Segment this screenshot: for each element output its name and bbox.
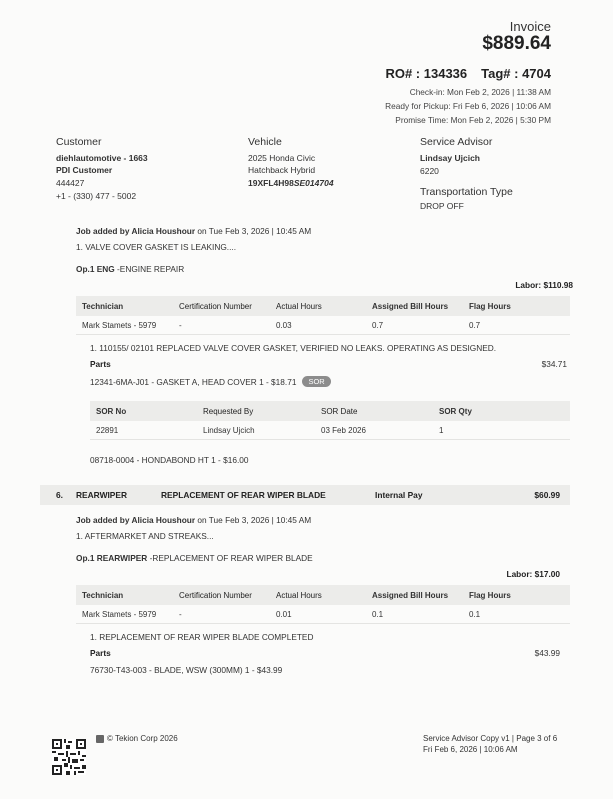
ro-tag-line: RO# : 134336Tag# : 4704 xyxy=(385,66,551,81)
vehicle-model-line2: Hatchback Hybrid xyxy=(248,164,334,176)
advisor-id: 6220 xyxy=(420,165,513,177)
job2-title: REPLACEMENT OF REAR WIPER BLADE xyxy=(161,490,326,500)
col-sor-date: SOR Date xyxy=(321,401,439,421)
sor-requested-by: Lindsay Ujcich xyxy=(203,421,321,440)
job1-added-suffix: on Tue Feb 3, 2026 | 10:45 AM xyxy=(195,226,311,236)
job1-op-code: Op.1 ENG xyxy=(76,264,115,274)
tech-actual: 0.03 xyxy=(276,316,372,335)
customer-type: PDI Customer xyxy=(56,164,148,176)
job1-parts-label: Parts xyxy=(90,359,111,369)
table-row: Mark Stamets - 5979 - 0.03 0.7 0.7 xyxy=(76,316,570,335)
job2-header-bar: 6. REARWIPER REPLACEMENT OF REAR WIPER B… xyxy=(40,485,570,505)
job2-parts-label: Parts xyxy=(90,648,111,658)
col-technician: Technician xyxy=(76,296,179,316)
footer-copy-info: Service Advisor Copy v1 | Page 3 of 6 xyxy=(423,734,557,743)
sor-no: 22891 xyxy=(90,421,203,440)
transport-value: DROP OFF xyxy=(420,200,513,212)
job2-op-code: Op.1 REARWIPER xyxy=(76,553,147,563)
tech-name: Mark Stamets - 5979 xyxy=(76,316,179,335)
job2-op-desc: -REPLACEMENT OF REAR WIPER BLADE xyxy=(147,553,312,563)
footer-printed-time: Fri Feb 6, 2026 | 10:06 AM xyxy=(423,745,518,754)
job1-tech-header-row: Technician Certification Number Actual H… xyxy=(76,296,570,316)
promise-time: Promise Time: Mon Feb 2, 2026 | 5:30 PM xyxy=(395,115,551,125)
advisor-name: Lindsay Ujcich xyxy=(420,152,513,164)
col-bill-hours: Assigned Bill Hours xyxy=(372,296,469,316)
job1-added-prefix: Job added by xyxy=(76,226,131,236)
vin-suffix: SE014704 xyxy=(294,178,334,188)
customer-heading: Customer xyxy=(56,136,148,148)
vehicle-heading: Vehicle xyxy=(248,136,334,148)
col-sor-no: SOR No xyxy=(90,401,203,421)
customer-id: 444427 xyxy=(56,177,148,189)
job1-parts-total: $34.71 xyxy=(542,359,567,369)
col-cert: Certification Number xyxy=(179,585,276,605)
ready-for-pickup-time: Ready for Pickup: Fri Feb 6, 2026 | 10:0… xyxy=(385,101,551,111)
job1-operation: Op.1 ENG -ENGINE REPAIR xyxy=(76,264,184,274)
table-row: 22891 Lindsay Ujcich 03 Feb 2026 1 xyxy=(90,421,570,440)
tech-flag: 0.1 xyxy=(469,605,570,624)
col-cert: Certification Number xyxy=(179,296,276,316)
tag-number: Tag# : 4704 xyxy=(481,66,551,81)
job1-concern: 1. VALVE COVER GASKET IS LEAKING.... xyxy=(76,242,236,252)
col-flag-hours: Flag Hours xyxy=(469,585,570,605)
advisor-heading: Service Advisor xyxy=(420,136,513,148)
vehicle-vin: 19XFL4H98SE014704 xyxy=(248,177,334,189)
advisor-section: Service Advisor Lindsay Ujcich 6220 Tran… xyxy=(420,136,513,212)
sor-header-row: SOR No Requested By SOR Date SOR Qty xyxy=(90,401,570,421)
vin-prefix: 19XFL4H98 xyxy=(248,178,294,188)
col-requested-by: Requested By xyxy=(203,401,321,421)
customer-section: Customer diehlautomotive - 1663 PDI Cust… xyxy=(56,136,148,202)
job2-number: 6. xyxy=(56,490,63,500)
col-actual-hours: Actual Hours xyxy=(276,296,372,316)
invoice-label: Invoice xyxy=(510,19,551,34)
customer-phone: +1 - (330) 477 - 5002 xyxy=(56,190,148,202)
job2-parts-total: $43.99 xyxy=(535,648,560,658)
tech-bill: 0.7 xyxy=(372,316,469,335)
job2-added-suffix: on Tue Feb 3, 2026 | 10:45 AM xyxy=(195,515,311,525)
tech-cert: - xyxy=(179,605,276,624)
invoice-total: $889.64 xyxy=(482,33,551,55)
job1-part1: 12341-6MA-J01 - GASKET A, HEAD COVER 1 -… xyxy=(90,376,331,387)
col-flag-hours: Flag Hours xyxy=(469,296,570,316)
job2-tech-header-row: Technician Certification Number Actual H… xyxy=(76,585,570,605)
job1-part1-text: 12341-6MA-J01 - GASKET A, HEAD COVER 1 -… xyxy=(90,377,296,387)
job1-labor-total: Labor: $110.98 xyxy=(515,280,573,290)
job2-amount: $60.99 xyxy=(534,490,560,500)
job2-correction: 1. REPLACEMENT OF REAR WIPER BLADE COMPL… xyxy=(90,632,313,642)
col-bill-hours: Assigned Bill Hours xyxy=(372,585,469,605)
job1-correction: 1. 110155/ 02101 REPLACED VALVE COVER GA… xyxy=(90,343,496,353)
job2-operation: Op.1 REARWIPER -REPLACEMENT OF REAR WIPE… xyxy=(76,553,313,563)
job1-tech-table: Technician Certification Number Actual H… xyxy=(76,296,570,335)
job1-sor-table: SOR No Requested By SOR Date SOR Qty 228… xyxy=(90,401,570,440)
job1-part2: 08718-0004 - HONDABOND HT 1 - $16.00 xyxy=(90,455,248,465)
job2-tech-table: Technician Certification Number Actual H… xyxy=(76,585,570,624)
job2-added-prefix: Job added by xyxy=(76,515,131,525)
job2-concern: 1. AFTERMARKET AND STREAKS... xyxy=(76,531,214,541)
qr-code-icon xyxy=(52,739,86,775)
tech-flag: 0.7 xyxy=(469,316,570,335)
tech-name: Mark Stamets - 5979 xyxy=(76,605,179,624)
sor-badge: SOR xyxy=(302,376,330,387)
job2-pay-type: Internal Pay xyxy=(375,490,422,500)
tech-actual: 0.01 xyxy=(276,605,372,624)
tekion-logo-icon xyxy=(96,735,104,743)
job2-part1: 76730-T43-003 - BLADE, WSW (300MM) 1 - $… xyxy=(90,665,282,675)
col-technician: Technician xyxy=(76,585,179,605)
job1-added-by: Job added by Alicia Houshour on Tue Feb … xyxy=(76,226,311,236)
footer-copyright: © Tekion Corp 2026 xyxy=(107,734,178,743)
vehicle-section: Vehicle 2025 Honda Civic Hatchback Hybri… xyxy=(248,136,334,189)
col-actual-hours: Actual Hours xyxy=(276,585,372,605)
col-sor-qty: SOR Qty xyxy=(439,401,570,421)
tech-bill: 0.1 xyxy=(372,605,469,624)
transport-heading: Transportation Type xyxy=(420,186,513,198)
job1-op-desc: -ENGINE REPAIR xyxy=(115,264,184,274)
check-in-time: Check-in: Mon Feb 2, 2026 | 11:38 AM xyxy=(410,87,551,97)
job2-code: REARWIPER xyxy=(76,490,127,500)
job1-added-name: Alicia Houshour xyxy=(131,226,195,236)
sor-date: 03 Feb 2026 xyxy=(321,421,439,440)
job2-labor-total: Labor: $17.00 xyxy=(507,569,561,579)
job2-added-name: Alicia Houshour xyxy=(131,515,195,525)
table-row: Mark Stamets - 5979 - 0.01 0.1 0.1 xyxy=(76,605,570,624)
vehicle-model-line1: 2025 Honda Civic xyxy=(248,152,334,164)
job2-added-by: Job added by Alicia Houshour on Tue Feb … xyxy=(76,515,311,525)
tech-cert: - xyxy=(179,316,276,335)
customer-name: diehlautomotive - 1663 xyxy=(56,152,148,164)
ro-number: RO# : 134336 xyxy=(385,66,467,81)
sor-qty: 1 xyxy=(439,421,570,440)
